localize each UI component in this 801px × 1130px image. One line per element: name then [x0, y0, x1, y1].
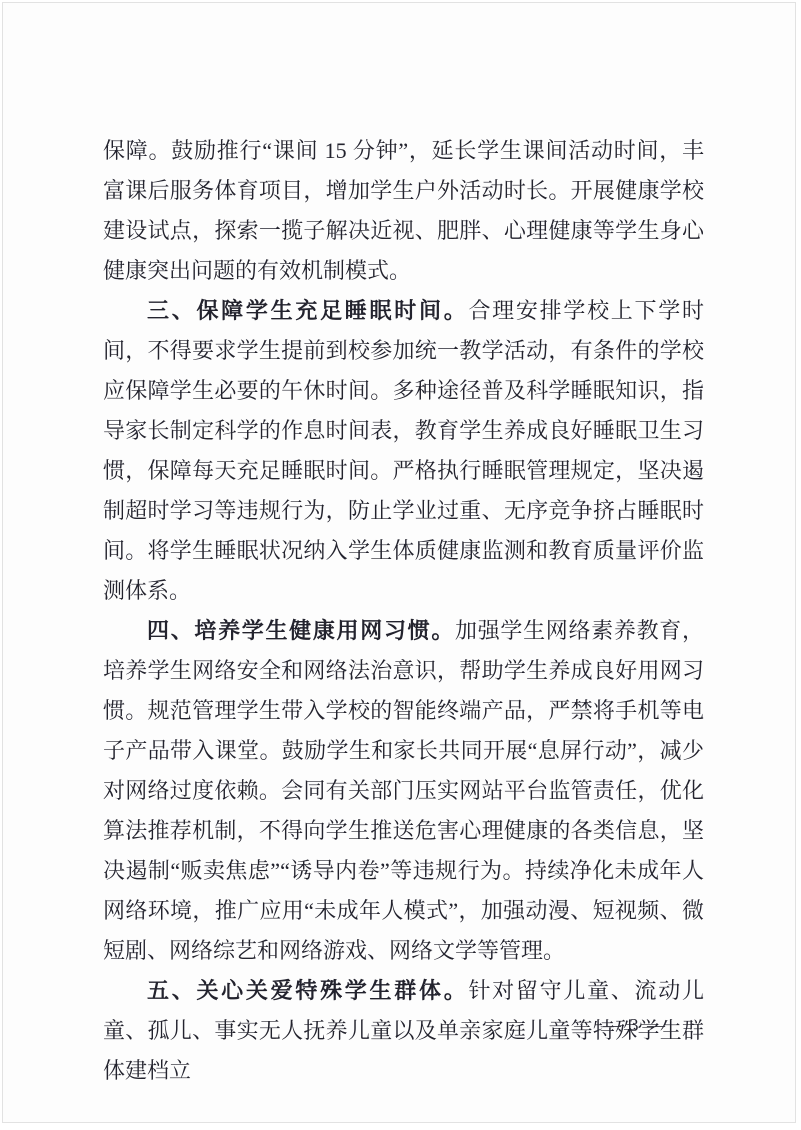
section-5-heading: 五、关心关爱特殊学生群体。 — [147, 978, 468, 1003]
section-3-text: 合理安排学校上下学时间，不得要求学生提前到校参加统一教学活动，有条件的学校应保障… — [103, 298, 704, 603]
page-number: — 3 — — [603, 1015, 667, 1036]
section-4: 四、培养学生健康用网习惯。加强学生网络素养教育，培养学生网络安全和网络法治意识，… — [103, 611, 704, 971]
paragraph-continuation: 保障。鼓励推行“课间 15 分钟”，延长学生课间活动时间，丰富课后服务体育项目，… — [103, 131, 704, 291]
section-3-heading: 三、保障学生充足睡眠时间。 — [147, 298, 468, 323]
section-4-heading: 四、培养学生健康用网习惯。 — [147, 618, 455, 643]
section-3: 三、保障学生充足睡眠时间。合理安排学校上下学时间，不得要求学生提前到校参加统一教… — [103, 291, 704, 611]
document-body: 保障。鼓励推行“课间 15 分钟”，延长学生课间活动时间，丰富课后服务体育项目，… — [103, 131, 704, 1091]
paragraph-text: 保障。鼓励推行“课间 15 分钟”，延长学生课间活动时间，丰富课后服务体育项目，… — [103, 138, 704, 283]
document-page: 保障。鼓励推行“课间 15 分钟”，延长学生课间活动时间，丰富课后服务体育项目，… — [2, 2, 796, 1123]
section-4-text: 加强学生网络素养教育，培养学生网络安全和网络法治意识，帮助学生养成良好用网习惯。… — [103, 618, 704, 963]
